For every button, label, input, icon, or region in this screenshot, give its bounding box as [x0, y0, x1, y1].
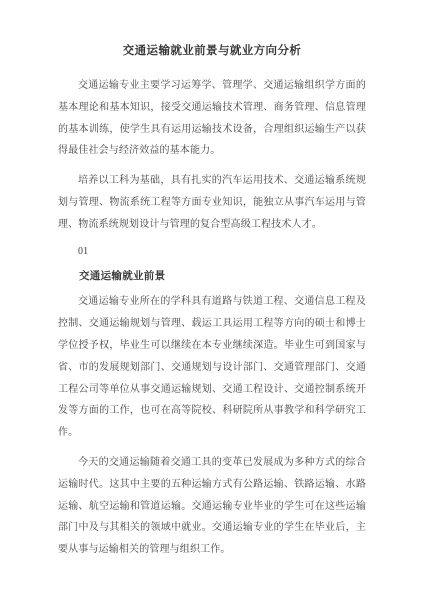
- section-number: 01: [58, 244, 366, 260]
- document-title: 交通运输就业前景与就业方向分析: [58, 44, 366, 59]
- paragraph-intro-2: 培养以工科为基础，具有扎实的汽车运用技术、交通运输系统规划与管理、物流系统工程等…: [58, 170, 366, 235]
- paragraph-outlook-1: 交通运输专业所在的学科具有道路与铁道工程、交通信息工程及控制、交通运输规划与管理…: [58, 291, 366, 444]
- paragraph-outlook-2: 今天的交通运输随着交通工具的变革已发展成为多种方式的综合运输时代。这其中主要的五…: [58, 452, 366, 561]
- document-page: 交通运输就业前景与就业方向分析 交通运输专业主要学习运筹学、管理学、交通运输组织…: [0, 0, 424, 600]
- paragraph-intro-1: 交通运输专业主要学习运筹学、管理学、交通运输组织学方面的基本理论和基本知识，接受…: [58, 75, 366, 162]
- section-heading-employment-outlook: 交通运输就业前景: [58, 266, 366, 288]
